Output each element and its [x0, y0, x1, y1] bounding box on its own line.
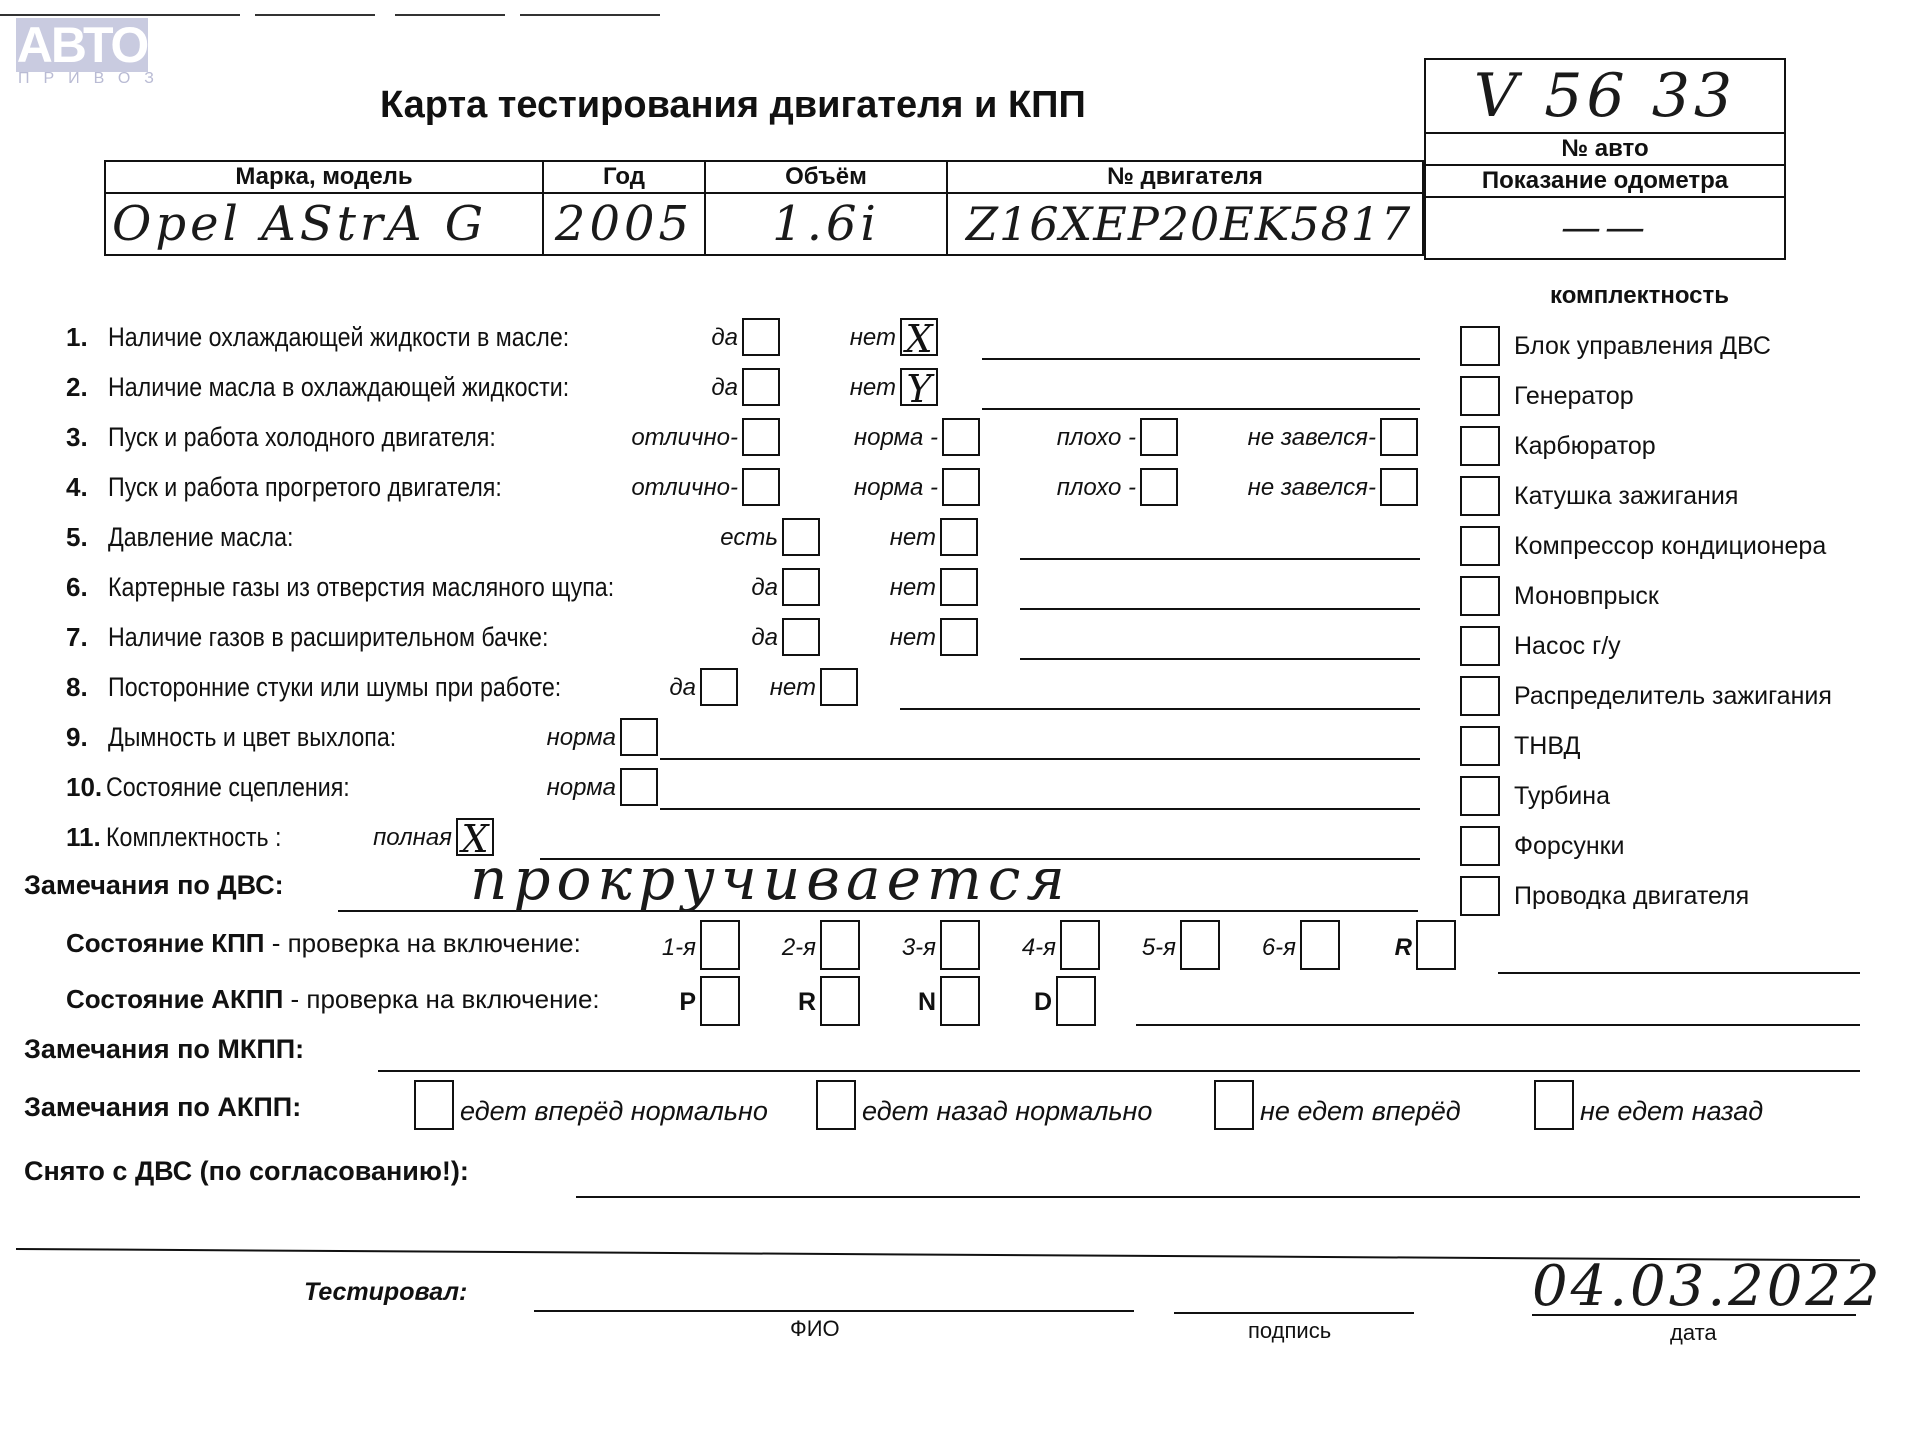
auto-remark-label: едет назад нормально — [862, 1096, 1152, 1127]
option-label: нет — [740, 374, 896, 402]
completeness-checkbox[interactable] — [1460, 826, 1500, 866]
gear-label: D — [976, 988, 1052, 1017]
auto-remark-checkbox[interactable] — [816, 1080, 856, 1130]
question-notes-line[interactable] — [660, 808, 1420, 810]
manual-gearbox-line — [1498, 972, 1860, 974]
completeness-checkbox[interactable] — [1460, 726, 1500, 766]
option-checkbox[interactable] — [1140, 418, 1178, 456]
completeness-item-label: Проводка двигателя — [1514, 882, 1749, 911]
gear-checkbox[interactable] — [1180, 920, 1220, 970]
question-text: Давление масла: — [108, 522, 293, 553]
completeness-item-label: Насос г/у — [1514, 632, 1621, 661]
option-checkbox[interactable] — [1140, 468, 1178, 506]
completeness-checkbox[interactable] — [1460, 626, 1500, 666]
option-label: нет — [780, 574, 936, 602]
completeness-item-label: Турбина — [1514, 782, 1610, 811]
completeness-item-label: Форсунки — [1514, 832, 1625, 861]
completeness-title: комплектность — [1550, 282, 1729, 310]
col-header-model: Марка, модель — [105, 161, 543, 193]
question-notes-line[interactable] — [660, 758, 1420, 760]
question-text: Пуск и работа холодного двигателя: — [108, 422, 496, 453]
completeness-checkbox[interactable] — [1460, 776, 1500, 816]
option-checkbox[interactable] — [742, 418, 780, 456]
auto-remarks-label: Замечания по АКПП: — [24, 1092, 301, 1123]
date-value[interactable]: 04.03.2022 — [1532, 1254, 1883, 1319]
removed-label: Снято с ДВС (по согласованию!): — [24, 1156, 469, 1187]
signature-line[interactable] — [1174, 1312, 1414, 1314]
option-checkbox[interactable] — [1380, 468, 1418, 506]
auto-remark-label: едет вперёд нормально — [460, 1096, 768, 1127]
gear-checkbox[interactable] — [700, 976, 740, 1026]
completeness-item-label: ТНВД — [1514, 732, 1580, 761]
odometer-value[interactable]: —— — [1425, 197, 1785, 259]
removed-line[interactable] — [576, 1196, 1860, 1198]
odometer-label: Показание одометра — [1425, 165, 1785, 197]
completeness-item-label: Блок управления ДВС — [1514, 332, 1771, 361]
gear-label: R — [740, 988, 816, 1017]
engine-remarks-value[interactable]: прокручивается — [470, 845, 1071, 913]
car-number-value[interactable]: V 56 33 — [1425, 59, 1785, 133]
top-rule — [255, 14, 375, 16]
gear-checkbox[interactable] — [820, 976, 860, 1026]
completeness-item-label: Катушка зажигания — [1514, 482, 1738, 511]
option-label: да — [622, 624, 778, 652]
vehicle-info-table: Марка, модель Год Объём № двигателя Opel… — [104, 160, 1424, 256]
question-text: Комплектность : — [106, 822, 281, 853]
question-notes-line[interactable] — [1020, 608, 1420, 610]
gear-checkbox[interactable] — [820, 920, 860, 970]
gear-checkbox[interactable] — [1300, 920, 1340, 970]
completeness-checkbox[interactable] — [1460, 326, 1500, 366]
volume-value[interactable]: 1.6i — [705, 193, 947, 255]
gear-label: N — [860, 988, 936, 1017]
question-notes-line[interactable] — [982, 358, 1420, 360]
gear-checkbox[interactable] — [1416, 920, 1456, 970]
year-value[interactable]: 2005 — [543, 193, 705, 255]
option-label: отлично- — [582, 474, 738, 502]
page-title: Карта тестирования двигателя и КПП — [380, 84, 1086, 127]
gear-label: 2-я — [740, 934, 816, 962]
gear-label: R — [1336, 934, 1412, 962]
gear-label: 1-я — [620, 934, 696, 962]
option-label: полная — [296, 824, 452, 852]
completeness-checkbox[interactable] — [1460, 676, 1500, 716]
option-checkbox[interactable] — [942, 468, 980, 506]
completeness-checkbox[interactable] — [1460, 476, 1500, 516]
question-text: Наличие охлаждающей жидкости в масле: — [108, 322, 569, 353]
question-number: 8. — [66, 672, 88, 703]
question-text: Дымность и цвет выхлопа: — [108, 722, 396, 753]
question-number: 11. — [66, 822, 101, 853]
auto-remark-checkbox[interactable] — [1214, 1080, 1254, 1130]
completeness-checkbox[interactable] — [1460, 576, 1500, 616]
completeness-item-label: Распределитель зажигания — [1514, 682, 1832, 711]
gear-label: 6-я — [1220, 934, 1296, 962]
check-mark-icon: X — [902, 314, 936, 364]
question-notes-line[interactable] — [1020, 558, 1420, 560]
gear-label: 4-я — [980, 934, 1056, 962]
option-label: нет — [780, 524, 936, 552]
option-checkbox[interactable] — [940, 568, 978, 606]
question-text: Состояние сцепления: — [106, 772, 350, 803]
option-label: да — [582, 324, 738, 352]
option-label: нет — [660, 674, 816, 702]
signature-label: подпись — [1248, 1318, 1331, 1344]
question-number: 9. — [66, 722, 88, 753]
completeness-item-label: Генератор — [1514, 382, 1634, 411]
gear-checkbox[interactable] — [1056, 976, 1096, 1026]
question-text: Наличие газов в расширительном бачке: — [108, 622, 548, 653]
gear-checkbox[interactable] — [940, 920, 980, 970]
auto-remark-checkbox[interactable] — [1534, 1080, 1574, 1130]
option-label: нет — [740, 324, 896, 352]
top-rule — [0, 14, 240, 16]
manual-gearbox-label-bold: Состояние КПП — [66, 928, 265, 958]
option-label: плохо - — [980, 424, 1136, 452]
gear-label: 5-я — [1100, 934, 1176, 962]
fio-line[interactable] — [534, 1310, 1134, 1312]
tested-label: Тестировал: — [304, 1278, 467, 1307]
option-label: не завелся- — [1220, 424, 1376, 452]
logo-subtitle: ПРИВОЗ — [18, 70, 168, 88]
option-checkbox[interactable]: X — [900, 318, 938, 356]
option-label: нет — [780, 624, 936, 652]
auto-gearbox-line — [1136, 1024, 1860, 1026]
car-number-label: № авто — [1425, 133, 1785, 165]
auto-gearbox-label-rest: - проверка на включение: — [283, 984, 599, 1014]
gear-label: P — [620, 988, 696, 1017]
question-number: 4. — [66, 472, 88, 503]
question-number: 5. — [66, 522, 88, 553]
completeness-checkbox[interactable] — [1460, 426, 1500, 466]
col-header-engine-number: № двигателя — [947, 161, 1423, 193]
option-label: норма — [460, 774, 616, 802]
question-text: Посторонние стуки или шумы при работе: — [108, 672, 561, 703]
option-label: есть — [622, 524, 778, 552]
logo: АВТО — [16, 18, 148, 72]
question-text: Наличие масла в охлаждающей жидкости: — [108, 372, 569, 403]
question-number: 10. — [66, 772, 102, 803]
question-number: 7. — [66, 622, 88, 653]
option-checkbox[interactable] — [820, 668, 858, 706]
option-checkbox[interactable]: Y — [900, 368, 938, 406]
option-checkbox[interactable] — [742, 468, 780, 506]
auto-remark-label: не едет назад — [1580, 1096, 1763, 1127]
question-notes-line[interactable] — [1020, 658, 1420, 660]
option-label: отлично- — [582, 424, 738, 452]
col-header-volume: Объём — [705, 161, 947, 193]
option-label: норма - — [782, 474, 938, 502]
completeness-checkbox[interactable] — [1460, 526, 1500, 566]
completeness-item-label: Компрессор кондиционера — [1514, 532, 1826, 561]
manual-gearbox-label-rest: - проверка на включение: — [265, 928, 581, 958]
option-checkbox[interactable] — [940, 618, 978, 656]
check-mark-icon: Y — [902, 364, 936, 414]
option-label: норма — [460, 724, 616, 752]
completeness-checkbox[interactable] — [1460, 376, 1500, 416]
question-number: 6. — [66, 572, 88, 603]
engine-remarks-label: Замечания по ДВС: — [24, 870, 284, 901]
completeness-item-label: Карбюратор — [1514, 432, 1656, 461]
date-label: дата — [1670, 1320, 1717, 1346]
top-rule — [395, 14, 505, 16]
col-header-year: Год — [543, 161, 705, 193]
question-notes-line[interactable] — [982, 408, 1420, 410]
gear-checkbox[interactable] — [940, 976, 980, 1026]
question-text: Пуск и работа прогретого двигателя: — [108, 472, 502, 503]
car-info-box: V 56 33 № авто Показание одометра —— — [1424, 58, 1786, 260]
gear-checkbox[interactable] — [700, 920, 740, 970]
auto-gearbox-label-bold: Состояние АКПП — [66, 984, 283, 1014]
manual-remarks-label: Замечания по МКПП: — [24, 1034, 304, 1065]
option-checkbox[interactable] — [942, 418, 980, 456]
auto-gearbox-label: Состояние АКПП - проверка на включение: — [66, 984, 600, 1015]
option-label: плохо - — [980, 474, 1136, 502]
option-label: не завелся- — [1220, 474, 1376, 502]
question-number: 1. — [66, 322, 88, 353]
question-notes-line[interactable] — [900, 708, 1420, 710]
manual-remarks-line[interactable] — [378, 1070, 1860, 1072]
engine-number-value[interactable]: Z16XEP20EK5817 — [947, 193, 1423, 255]
gear-checkbox[interactable] — [1060, 920, 1100, 970]
question-number: 2. — [66, 372, 88, 403]
model-value[interactable]: Opel AStrA G — [105, 193, 543, 255]
option-label: норма - — [782, 424, 938, 452]
completeness-checkbox[interactable] — [1460, 876, 1500, 916]
top-rule — [520, 14, 660, 16]
option-checkbox[interactable] — [620, 718, 658, 756]
question-text: Картерные газы из отверстия масляного щу… — [108, 572, 614, 603]
option-checkbox[interactable] — [620, 768, 658, 806]
option-label: да — [622, 574, 778, 602]
fio-label: ФИО — [790, 1316, 840, 1342]
completeness-item-label: Моновпрыск — [1514, 582, 1659, 611]
option-label: да — [582, 374, 738, 402]
gear-label: 3-я — [860, 934, 936, 962]
auto-remark-checkbox[interactable] — [414, 1080, 454, 1130]
option-checkbox[interactable] — [940, 518, 978, 556]
question-number: 3. — [66, 422, 88, 453]
manual-gearbox-label: Состояние КПП - проверка на включение: — [66, 928, 581, 959]
option-checkbox[interactable] — [1380, 418, 1418, 456]
auto-remark-label: не едет вперёд — [1260, 1096, 1461, 1127]
